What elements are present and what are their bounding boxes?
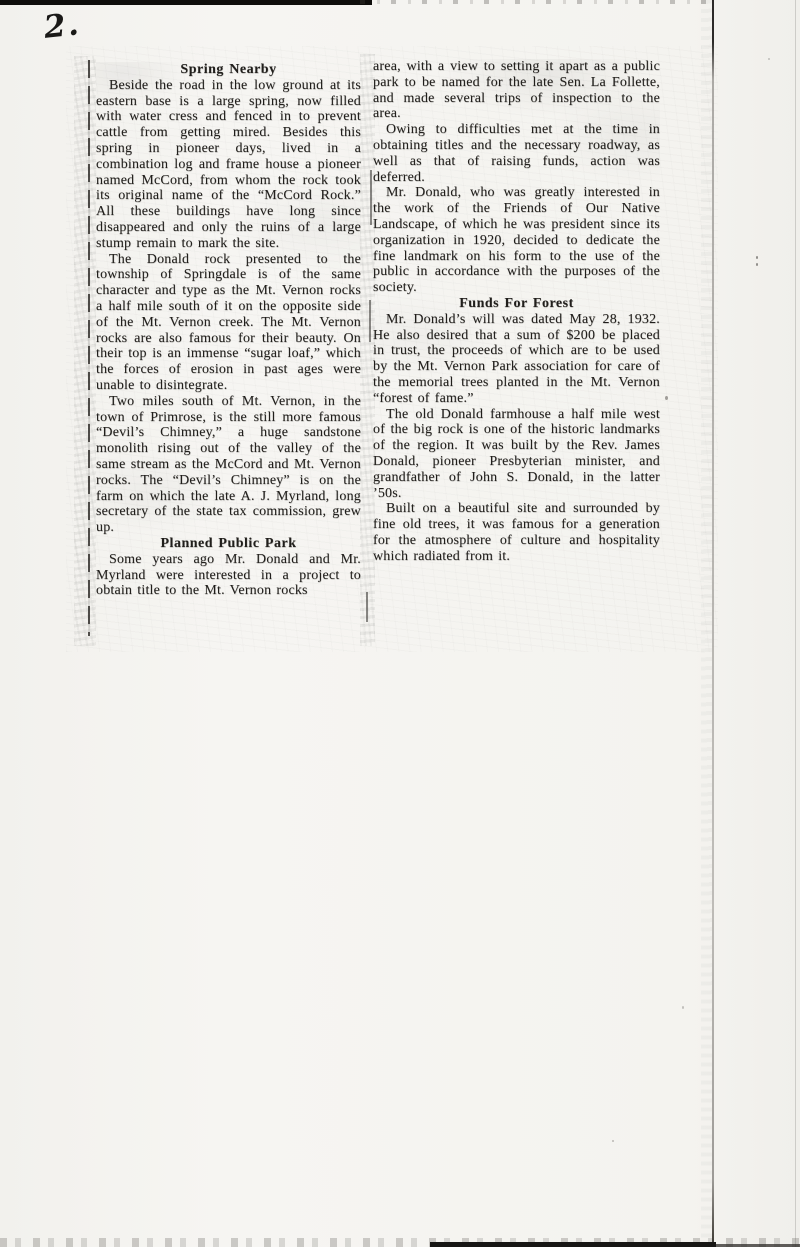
article-paragraph: Beside the road in the low ground at its… (96, 78, 361, 252)
article-paragraph: Owing to difficulties met at the time in… (373, 122, 660, 185)
column-gutter-rule (366, 592, 368, 622)
scan-speck (665, 396, 668, 400)
article-paragraph: The Donald rock presented to the townshi… (96, 252, 361, 394)
section-heading-spring-nearby: Spring Nearby (96, 62, 361, 78)
scan-edge-top-bar (0, 0, 372, 5)
clipping-left-mottle (74, 56, 96, 646)
article-paragraph: Mr. Donald’s will was dated May 28, 1932… (373, 312, 660, 407)
scan-edge-bottom-bar (430, 1242, 716, 1247)
column-gutter-rule (369, 300, 371, 342)
paper-fold-shading (701, 0, 712, 1247)
scan-speck (768, 58, 770, 60)
article-paragraph: Built on a beautiful site and surrounded… (373, 501, 660, 564)
article-column-right: area, with a view to setting it apart as… (373, 59, 660, 565)
article-paragraph: The old Donald farmhouse a half mile wes… (373, 407, 660, 502)
article-paragraph: area, with a view to setting it apart as… (373, 59, 660, 122)
section-heading-funds-for-forest: Funds For Forest (373, 296, 660, 312)
column-gutter-rule (370, 170, 372, 225)
scan-speck (756, 263, 758, 266)
article-column-left: Spring NearbyBeside the road in the low … (96, 62, 361, 599)
paper-fold-line (712, 0, 714, 1247)
scan-speck (612, 1140, 614, 1142)
scan-speck (756, 256, 758, 259)
article-paragraph: Two miles south of Mt. Vernon, in the to… (96, 394, 361, 536)
scan-edge-top-speckle (360, 0, 718, 4)
scanned-page: 2. Spring NearbyBeside the road in the l… (0, 0, 800, 1247)
scan-speck (682, 1006, 684, 1009)
article-paragraph: Mr. Donald, who was greatly interested i… (373, 185, 660, 296)
page-right-edge-line (795, 0, 796, 1247)
clipping-left-edge-line (88, 60, 90, 636)
section-heading-planned-public-park: Planned Public Park (96, 536, 361, 552)
article-paragraph: Some years ago Mr. Donald and Mr. Myrlan… (96, 552, 361, 599)
handwritten-page-number: 2. (42, 6, 82, 46)
